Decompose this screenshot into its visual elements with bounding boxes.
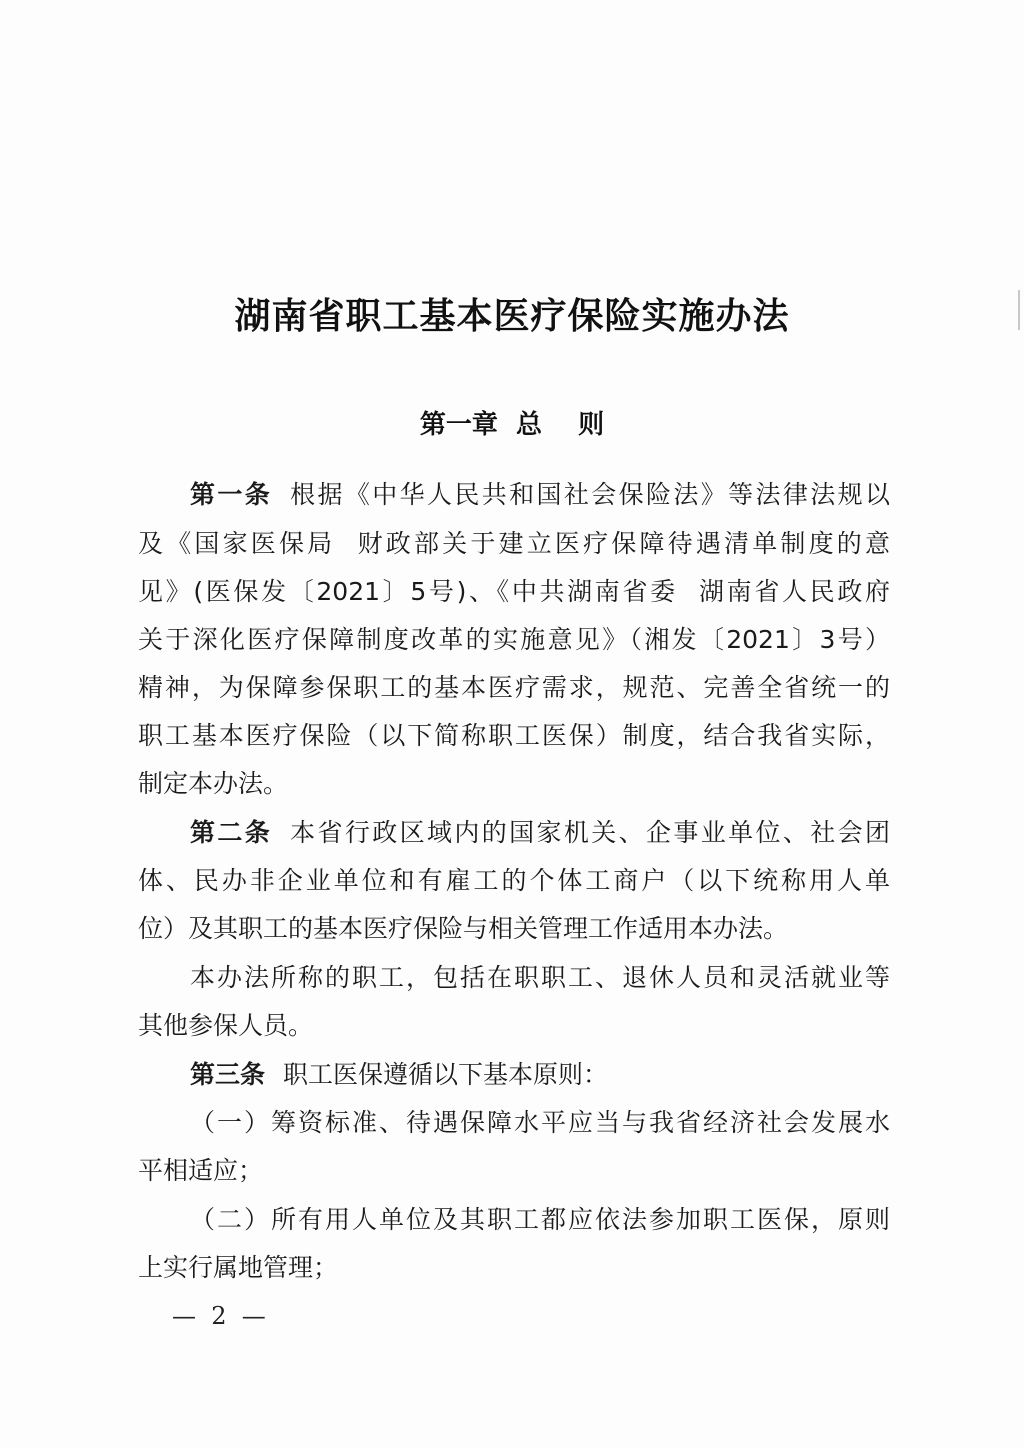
- article-2-line-2: 体、民办非企业单位和有雇工的个体工商户（以下统称用人单: [138, 864, 890, 898]
- article-3-item-2-line-1: （二）所有用人单位及其职工都应依法参加职工医保，原则: [190, 1203, 890, 1237]
- article-1-line-6: 职工基本医疗保险（以下简称职工医保）制度，结合我省实际，: [138, 719, 890, 753]
- article-1-line-2: 及《国家医保局 财政部关于建立医疗保障待遇清单制度的意: [138, 527, 890, 561]
- article-3-label: 第三条: [190, 1060, 265, 1089]
- article-3-item-1-line-2: 平相适应；: [138, 1154, 890, 1188]
- article-2-label: 第二条: [190, 818, 272, 847]
- article-2-line-1: 第二条本省行政区域内的国家机关、企事业单位、社会团: [190, 816, 890, 850]
- article-3-item-2-line-2: 上实行属地管理；: [138, 1251, 890, 1285]
- article-1-line-5: 精神，为保障参保职工的基本医疗需求，规范、完善全省统一的: [138, 671, 890, 705]
- chapter-heading: 第一章 总 则: [0, 404, 1024, 441]
- article-2-para-2-line-2: 其他参保人员。: [138, 1009, 890, 1043]
- article-1-line-3: 见》(医保发〔2021〕5号)、《中共湖南省委 湖南省人民政府: [138, 575, 890, 609]
- article-2-line-3: 位）及其职工的基本医疗保险与相关管理工作适用本办法。: [138, 912, 890, 946]
- article-1-line-7: 制定本办法。: [138, 767, 890, 801]
- scan-edge-mark: [1018, 290, 1020, 330]
- document-title: 湖南省职工基本医疗保险实施办法: [0, 288, 1024, 339]
- document-page: 湖南省职工基本医疗保险实施办法 第一章 总 则 第一条根据《中华人民共和国社会保…: [0, 0, 1024, 1448]
- article-2-para-2-line-1: 本办法所称的职工，包括在职职工、退休人员和灵活就业等: [190, 961, 890, 995]
- article-3-item-1-line-1: （一）筹资标准、待遇保障水平应当与我省经济社会发展水: [190, 1106, 890, 1140]
- article-3-line-1: 第三条职工医保遵循以下基本原则：: [190, 1058, 890, 1092]
- article-1-label: 第一条: [190, 480, 272, 509]
- article-1-line-1: 第一条根据《中华人民共和国社会保险法》等法律法规以: [190, 478, 890, 512]
- article-1-line-4: 关于深化医疗保障制度改革的实施意见》（湘发〔2021〕3号）: [138, 623, 890, 657]
- page-number: — 2 —: [172, 1302, 266, 1330]
